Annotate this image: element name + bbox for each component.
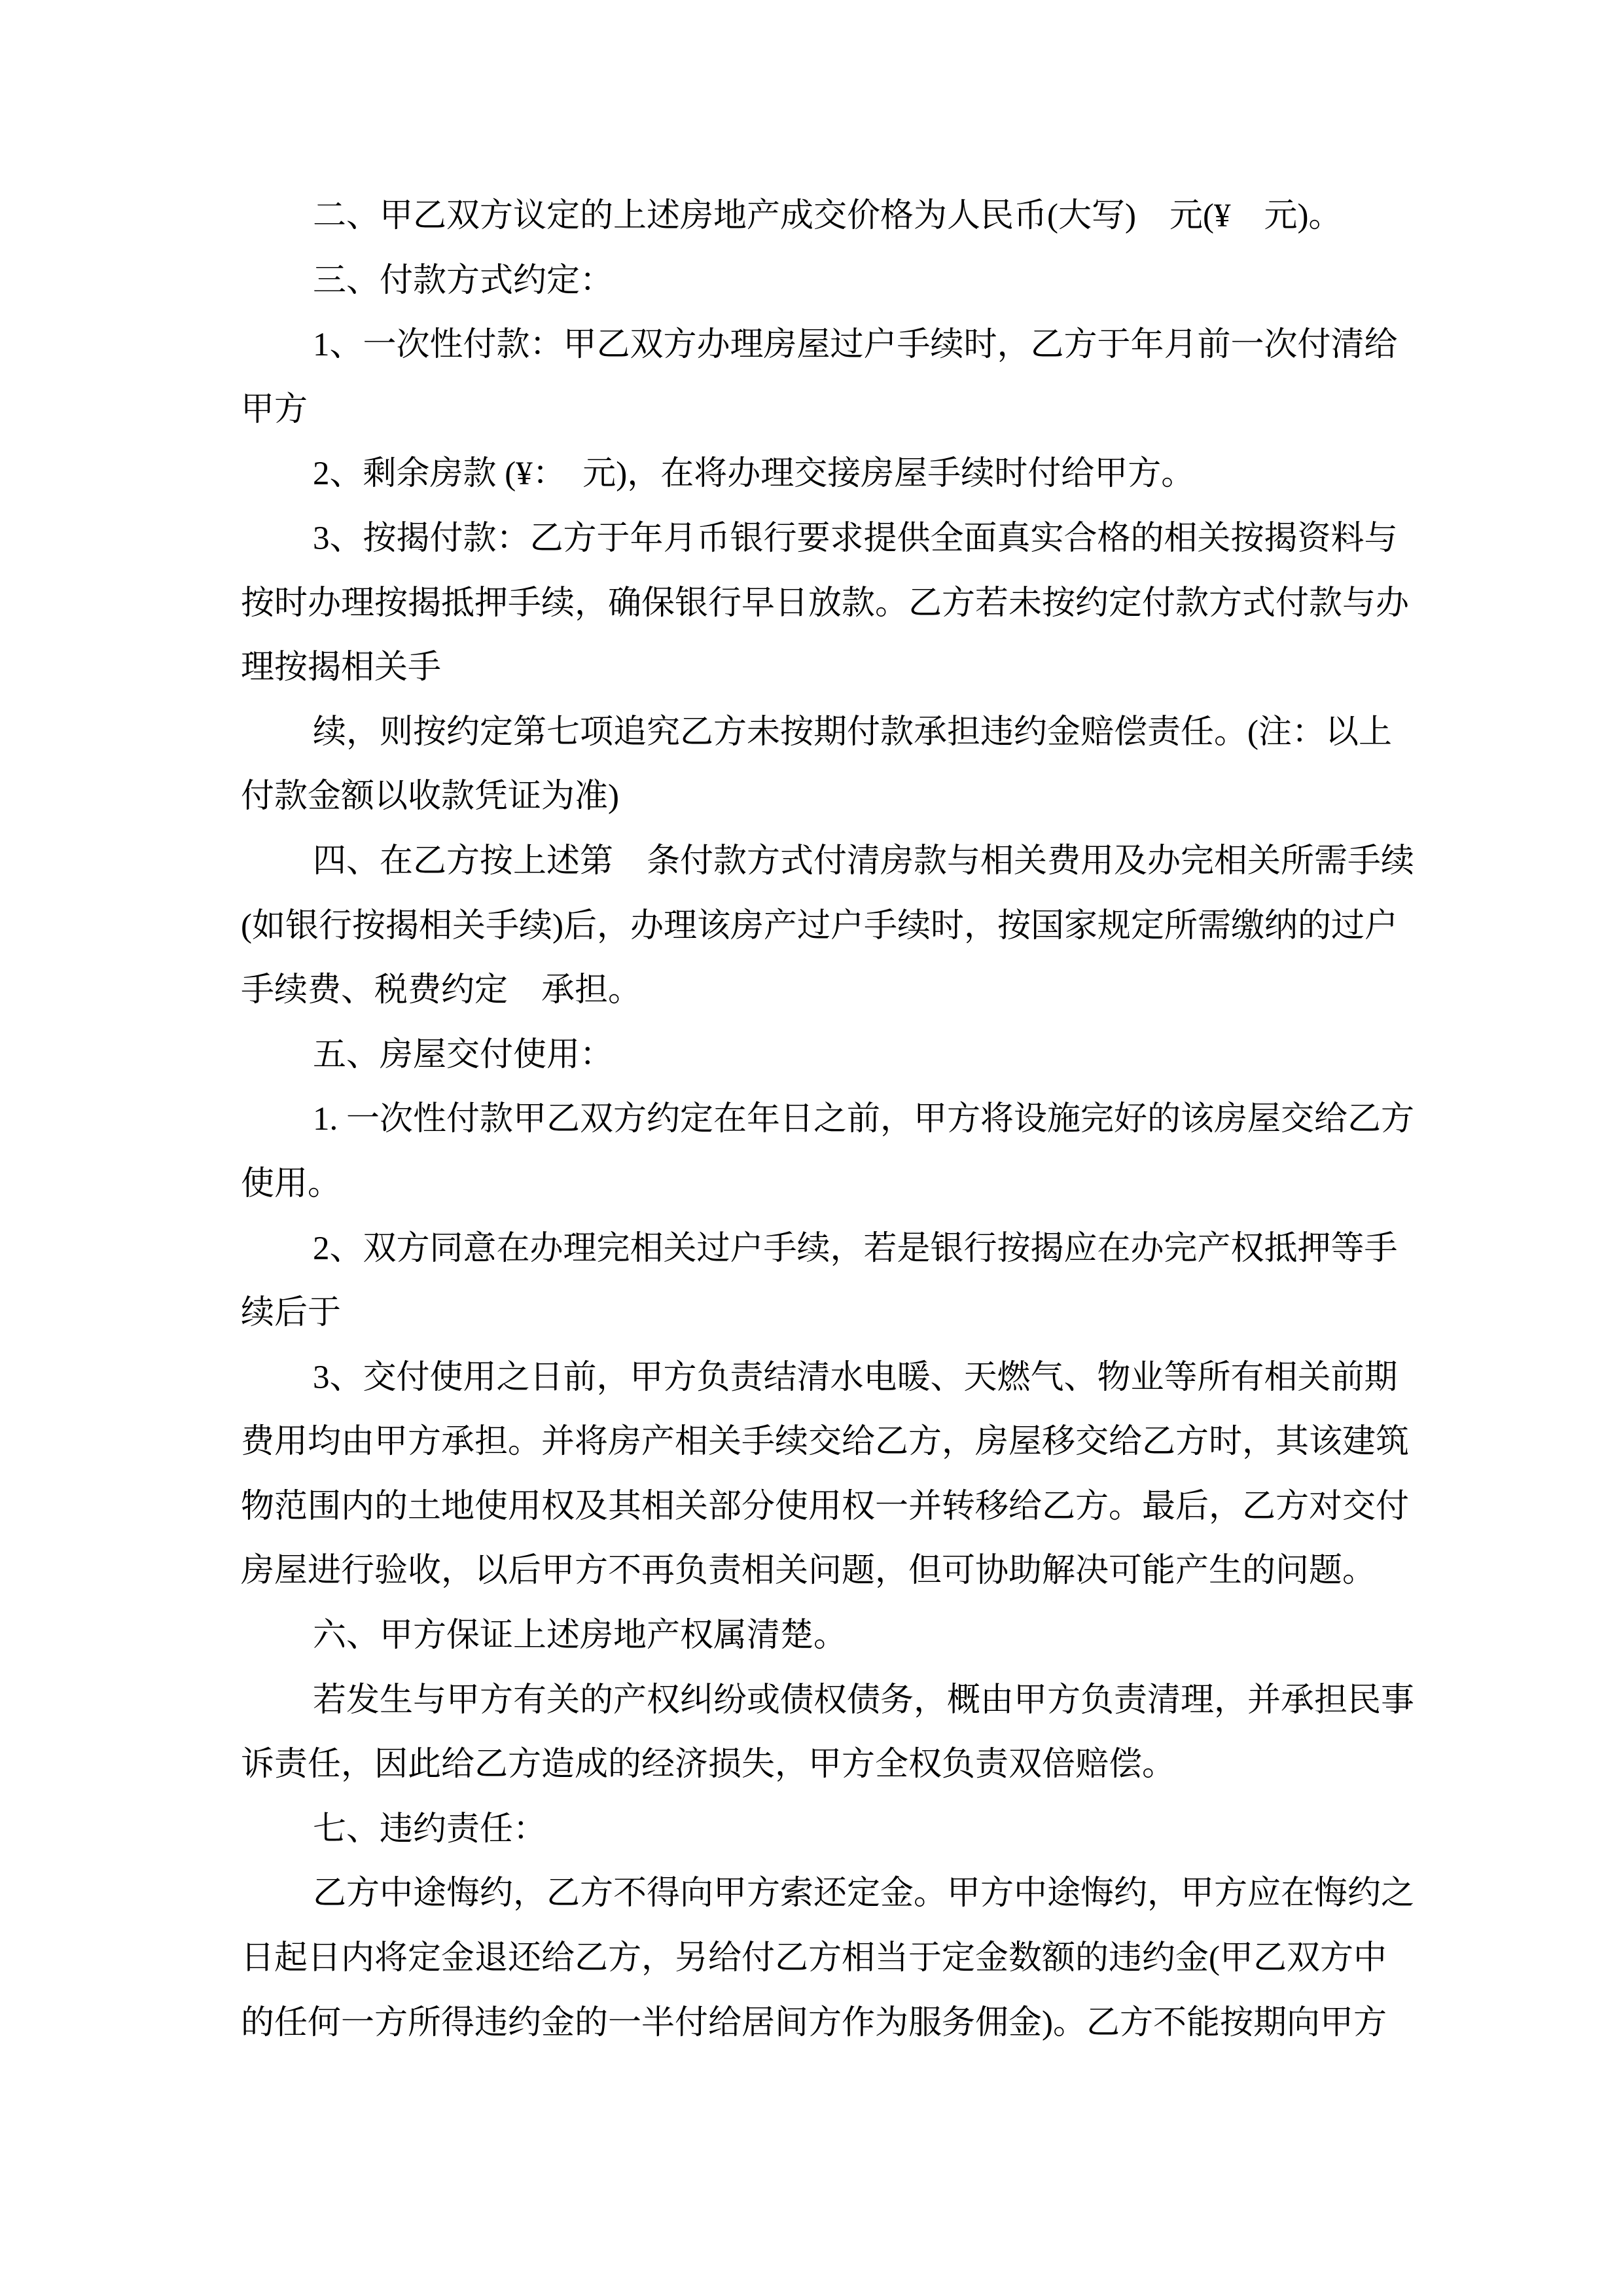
text-line: 四、在乙方按上述第 条付款方式付清房款与相关费用及办完相关所需手续 — [241, 829, 1397, 894]
text-line: 按时办理按揭抵押手续，确保银行早日放款。乙方若未按约定付款方式付款与办 — [241, 571, 1397, 636]
text-line: 二、甲乙双方议定的上述房地产成交价格为人民币(大写) 元(¥ 元)。 — [241, 184, 1397, 249]
text-line: 2、双方同意在办理完相关过户手续，若是银行按揭应在办完产权抵押等手 — [241, 1217, 1397, 1282]
text-line: 续后于 — [241, 1281, 1397, 1346]
text-line: 付款金额以收款凭证为准) — [241, 764, 1397, 829]
text-line: 六、甲方保证上述房地产权属清楚。 — [241, 1604, 1397, 1668]
text-line: 乙方中途悔约，乙方不得向甲方索还定金。甲方中途悔约，甲方应在悔约之 — [241, 1861, 1397, 1926]
document-body: 二、甲乙双方议定的上述房地产成交价格为人民币(大写) 元(¥ 元)。三、付款方式… — [0, 0, 1623, 2055]
text-line: 三、付款方式约定： — [241, 249, 1397, 314]
text-line: 物范围内的土地使用权及其相关部分使用权一并转移给乙方。最后，乙方对交付 — [241, 1475, 1397, 1539]
text-line: 房屋进行验收，以后甲方不再负责相关问题，但可协助解决可能产生的问题。 — [241, 1539, 1397, 1604]
text-line: 的任何一方所得违约金的一半付给居间方作为服务佣金)。乙方不能按期向甲方 — [241, 1991, 1397, 2056]
text-line: 诉责任，因此给乙方造成的经济损失，甲方全权负责双倍赔偿。 — [241, 1732, 1397, 1797]
text-line: 使用。 — [241, 1152, 1397, 1217]
text-line: 1、一次性付款：甲乙双方办理房屋过户手续时，乙方于年月前一次付清给 — [241, 313, 1397, 378]
text-line: 3、按揭付款：乙方于年月币银行要求提供全面真实合格的相关按揭资料与 — [241, 507, 1397, 571]
text-line: 若发生与甲方有关的产权纠纷或债权债务，概由甲方负责清理，并承担民事 — [241, 1668, 1397, 1733]
text-line: 手续费、税费约定 承担。 — [241, 958, 1397, 1023]
text-line: 七、违约责任： — [241, 1797, 1397, 1862]
text-line: 五、房屋交付使用： — [241, 1023, 1397, 1088]
contract-page: 二、甲乙双方议定的上述房地产成交价格为人民币(大写) 元(¥ 元)。三、付款方式… — [0, 0, 1623, 2296]
text-line: 1. 一次性付款甲乙双方约定在年日之前，甲方将设施完好的该房屋交给乙方 — [241, 1087, 1397, 1152]
text-line: 2、剩余房款 (¥： 元)，在将办理交接房屋手续时付给甲方。 — [241, 442, 1397, 507]
text-line: 理按揭相关手 — [241, 636, 1397, 700]
text-line: 甲方 — [241, 378, 1397, 442]
text-line: 续，则按约定第七项追究乙方未按期付款承担违约金赔偿责任。(注：以上 — [241, 700, 1397, 765]
text-line: 日起日内将定金退还给乙方，另给付乙方相当于定金数额的违约金(甲乙双方中 — [241, 1926, 1397, 1991]
text-line: 3、交付使用之日前，甲方负责结清水电暖、天燃气、物业等所有相关前期 — [241, 1346, 1397, 1410]
text-line: 费用均由甲方承担。并将房产相关手续交给乙方，房屋移交给乙方时，其该建筑 — [241, 1410, 1397, 1475]
text-line: (如银行按揭相关手续)后，办理该房产过户手续时，按国家规定所需缴纳的过户 — [241, 894, 1397, 959]
